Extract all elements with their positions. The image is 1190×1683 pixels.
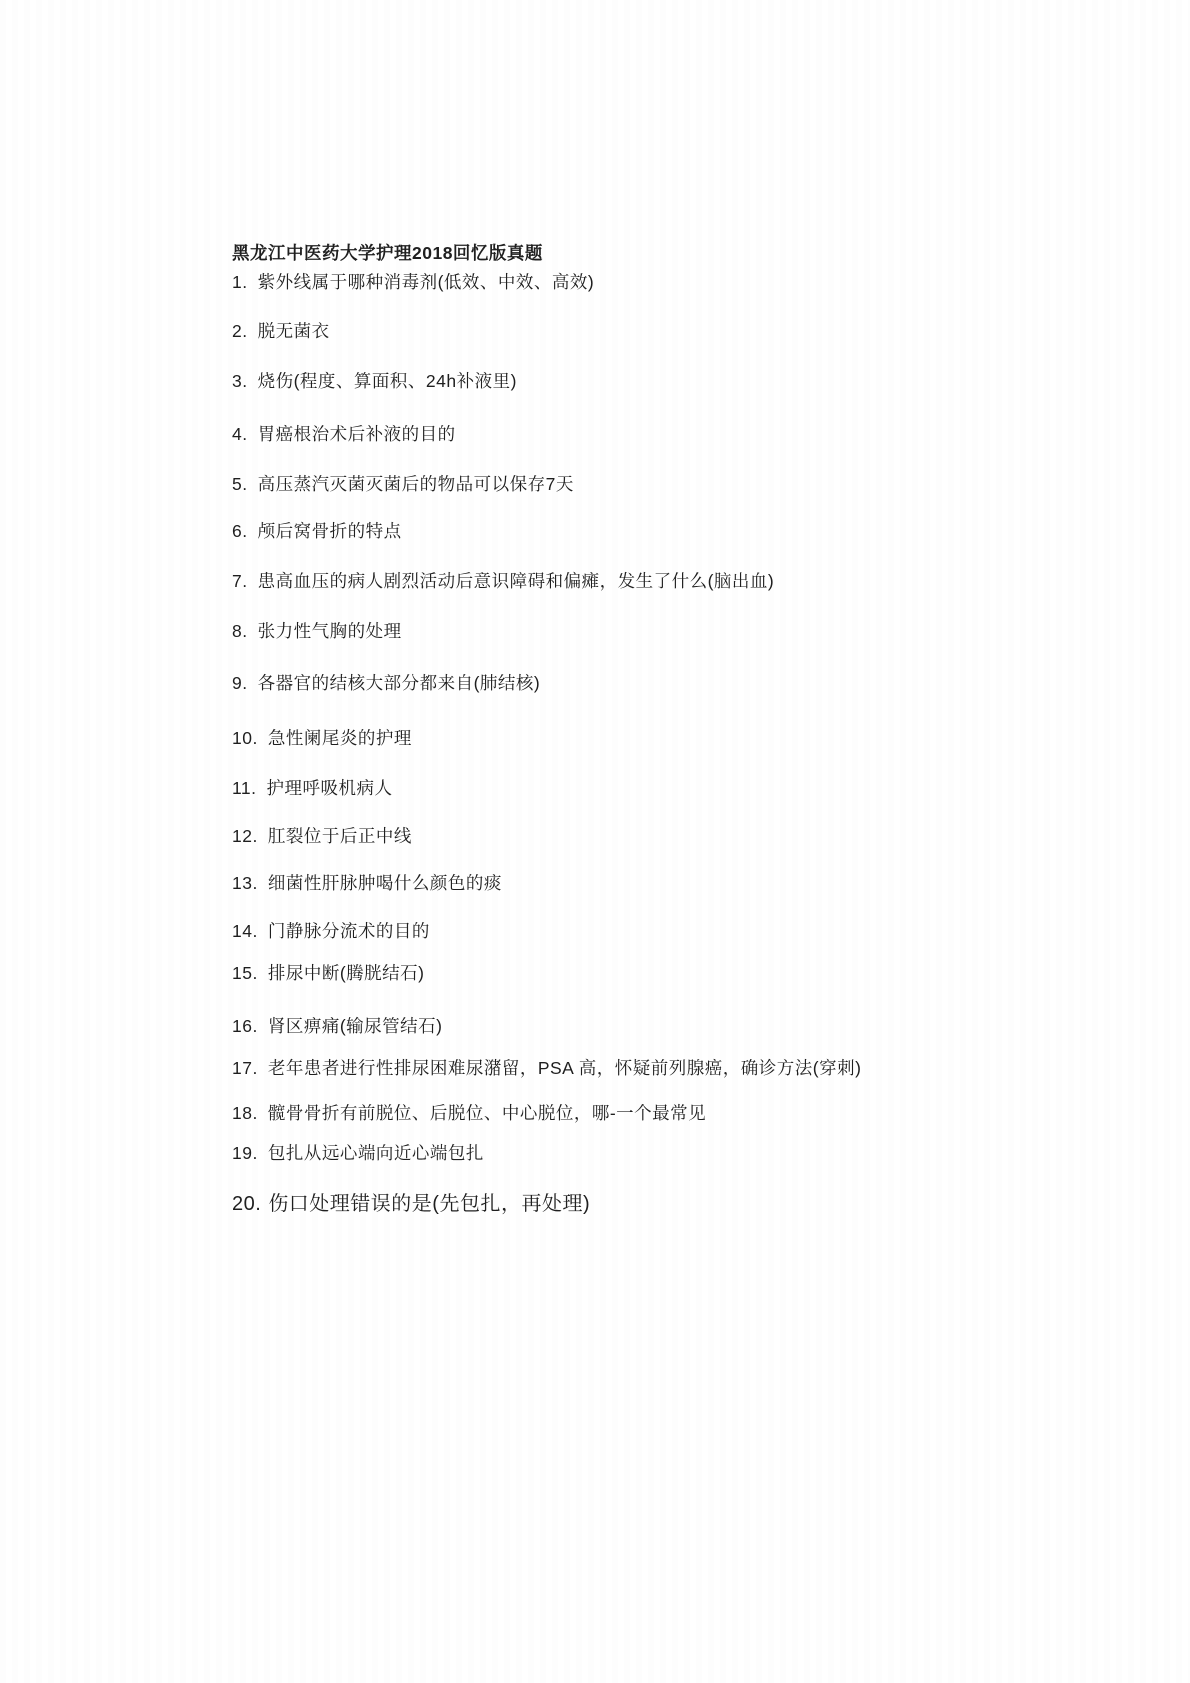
question-line: 2. 脱无菌衣	[232, 321, 1012, 341]
question-text: 高压蒸汽灭菌灭菌后的物品可以保存7天	[258, 474, 574, 494]
question-text: 肾区痹痛(输尿管结石)	[268, 1016, 443, 1036]
question-number: 16.	[232, 1016, 258, 1036]
question-line: 19. 包扎从远心端向近心端包扎	[232, 1143, 1012, 1163]
question-line: 10. 急性阑尾炎的护理	[232, 728, 1012, 748]
question-line: 12. 肛裂位于后正中线	[232, 826, 1012, 846]
question-text: 包扎从远心端向近心端包扎	[268, 1143, 484, 1163]
question-text: 护理呼吸机病人	[267, 778, 393, 798]
question-text: 脱无菌衣	[258, 321, 330, 341]
question-line: 4. 胃癌根治术后补液的目的	[232, 424, 1012, 444]
question-text: 排尿中断(腾胱结石)	[268, 963, 425, 983]
question-text: 患高血压的病人剧烈活动后意识障碍和偏瘫，发生了什么(脑出血)	[258, 571, 775, 591]
question-text: 老年患者进行性排尿困难尿潴留，PSA 高，怀疑前列腺癌，确诊方法(穿刺)	[268, 1058, 862, 1078]
document-page: 黑龙江中医药大学护理2018回忆版真题 1. 紫外线属于哪种消毒剂(低效、中效、…	[0, 0, 1190, 1683]
question-number: 6.	[232, 521, 248, 541]
question-number: 7.	[232, 571, 248, 591]
question-number: 1.	[232, 272, 248, 292]
question-number: 17.	[232, 1058, 258, 1078]
question-line: 20. 伤口处理错误的是(先包扎，再处理)	[232, 1193, 1012, 1216]
question-number: 11.	[232, 778, 257, 798]
question-line: 15. 排尿中断(腾胱结石)	[232, 963, 1012, 983]
question-number: 5.	[232, 474, 248, 494]
question-text: 紫外线属于哪种消毒剂(低效、中效、高效)	[258, 272, 595, 292]
question-text: 伤口处理错误的是(先包扎，再处理)	[268, 1193, 590, 1216]
question-line: 7. 患高血压的病人剧烈活动后意识障碍和偏瘫，发生了什么(脑出血)	[232, 571, 1012, 591]
question-text: 肛裂位于后正中线	[268, 826, 412, 846]
question-text: 细菌性肝脉肿喝什么颜色的痰	[268, 873, 502, 893]
question-text: 颅后窝骨折的特点	[258, 521, 402, 541]
question-text: 髋骨骨折有前脱位、后脱位、中心脱位，哪-一个最常见	[268, 1103, 706, 1123]
question-line: 16. 肾区痹痛(输尿管结石)	[232, 1016, 1012, 1036]
question-line: 11. 护理呼吸机病人	[232, 778, 1012, 798]
question-number: 8.	[232, 621, 248, 641]
page-title: 黑龙江中医药大学护理2018回忆版真题	[232, 243, 1012, 263]
question-line: 9. 各器官的结核大部分都来自(肺结核)	[232, 673, 1012, 693]
question-text: 门静脉分流术的目的	[268, 921, 430, 941]
question-line: 13. 细菌性肝脉肿喝什么颜色的痰	[232, 873, 1012, 893]
question-number: 14.	[232, 921, 258, 941]
question-line: 8. 张力性气胸的处理	[232, 621, 1012, 641]
question-line: 18. 髋骨骨折有前脱位、后脱位、中心脱位，哪-一个最常见	[232, 1103, 1012, 1123]
exam-question-list: 黑龙江中医药大学护理2018回忆版真题 1. 紫外线属于哪种消毒剂(低效、中效、…	[232, 243, 1012, 1216]
question-number: 3.	[232, 371, 248, 391]
question-number: 13.	[232, 873, 258, 893]
question-line: 5. 高压蒸汽灭菌灭菌后的物品可以保存7天	[232, 474, 1012, 494]
question-text: 急性阑尾炎的护理	[268, 728, 412, 748]
question-number: 19.	[232, 1143, 258, 1163]
question-text: 胃癌根治术后补液的目的	[258, 424, 456, 444]
question-number: 2.	[232, 321, 248, 341]
question-line: 17. 老年患者进行性排尿困难尿潴留，PSA 高，怀疑前列腺癌，确诊方法(穿刺)	[232, 1058, 1012, 1078]
question-number: 20.	[232, 1193, 261, 1216]
question-line: 14. 门静脉分流术的目的	[232, 921, 1012, 941]
question-text: 各器官的结核大部分都来自(肺结核)	[258, 673, 541, 693]
question-number: 15.	[232, 963, 258, 983]
question-number: 4.	[232, 424, 248, 444]
question-text: 烧伤(程度、算面积、24h补液里)	[258, 371, 517, 391]
question-number: 9.	[232, 673, 248, 693]
question-line: 1. 紫外线属于哪种消毒剂(低效、中效、高效)	[232, 272, 1012, 292]
question-number: 12.	[232, 826, 258, 846]
question-text: 张力性气胸的处理	[258, 621, 402, 641]
question-number: 10.	[232, 728, 258, 748]
question-line: 6. 颅后窝骨折的特点	[232, 521, 1012, 541]
question-line: 3. 烧伤(程度、算面积、24h补液里)	[232, 371, 1012, 391]
question-number: 18.	[232, 1103, 258, 1123]
